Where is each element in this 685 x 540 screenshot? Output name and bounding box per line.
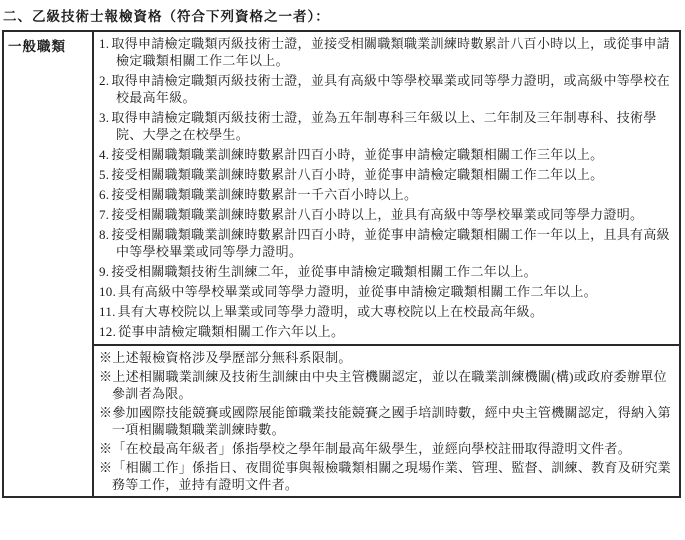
note-marker-icon: ※ — [99, 460, 112, 475]
section-title: 二、乙級技術士報檢資格（符合下列資格之一者）： — [2, 3, 682, 30]
qualification-text: 取得申請檢定職類丙級技術士證，並接受相關職類職業訓練時數累計八百小時以上，或從事… — [111, 36, 670, 68]
eligibility-table: 一般職類 1.取得申請檢定職類丙級技術士證，並接受相關職類職業訓練時數累計八百小… — [2, 30, 681, 498]
qualification-item: 1.取得申請檢定職類丙級技術士證，並接受相關職類職業訓練時數累計八百小時以上，或… — [99, 35, 675, 69]
qualification-item: 5.接受相關職類職業訓練時數累計八百小時，並從事申請檢定職類相關工作二年以上。 — [99, 166, 675, 183]
qualification-item: 6.接受相關職類職業訓練時數累計一千六百小時以上。 — [99, 186, 675, 203]
qualification-text: 接受相關職類職業訓練時數累計八百小時以上，並具有高級中等學校畢業或同等學力證明。 — [111, 207, 643, 222]
note-item: ※「在校最高年級者」係指學校之學年制最高年級學生，並經向學校註冊取得證明文件者。 — [99, 440, 675, 457]
note-item: ※上述報檢資格涉及學歷部分無科系限制。 — [99, 349, 675, 366]
qualification-text: 接受相關職類職業訓練時數累計四百小時，並從事申請檢定職類相關工作一年以上，且具有… — [111, 227, 670, 259]
qualification-number: 3. — [99, 110, 111, 125]
qualification-text: 接受相關職類技術生訓練二年，並從事申請檢定職類相關工作二年以上。 — [111, 264, 537, 279]
qualification-list: 1.取得申請檢定職類丙級技術士證，並接受相關職類職業訓練時數累計八百小時以上，或… — [94, 32, 679, 346]
note-text: 「相關工作」係指日、夜間從事與報檢職類相關之現場作業、管理、監督、訓練、教育及研… — [112, 460, 671, 492]
note-text: 「在校最高年級者」係指學校之學年制最高年級學生，並經向學校註冊取得證明文件者。 — [112, 441, 631, 456]
qualification-text: 接受相關職類職業訓練時數累計四百小時，並從事申請檢定職類相關工作三年以上。 — [111, 147, 603, 162]
qualification-text: 取得申請檢定職類丙級技術士證，並為五年制專科三年級以上、二年制及三年制專科、技術… — [111, 110, 656, 142]
qualification-item: 8.接受相關職類職業訓練時數累計四百小時，並從事申請檢定職類相關工作一年以上，且… — [99, 226, 675, 260]
qualification-item: 3.取得申請檢定職類丙級技術士證，並為五年制專科三年級以上、二年制及三年制專科、… — [99, 109, 675, 143]
qualification-text: 接受相關職類職業訓練時數累計八百小時，並從事申請檢定職類相關工作二年以上。 — [111, 167, 603, 182]
note-marker-icon: ※ — [99, 350, 112, 365]
qualification-number: 5. — [99, 167, 111, 182]
qualification-text: 接受相關職類職業訓練時數累計一千六百小時以上。 — [111, 187, 417, 202]
qualification-number: 2. — [99, 73, 111, 88]
qualification-item: 10.具有高級中等學校畢業或同等學力證明，並從事申請檢定職類相關工作二年以上。 — [99, 283, 675, 300]
qualification-item: 2.取得申請檢定職類丙級技術士證，並具有高級中等學校畢業或同等學力證明，或高級中… — [99, 72, 675, 106]
qualification-number: 8. — [99, 227, 111, 242]
qualification-text: 從事申請檢定職類相關工作六年以上。 — [118, 324, 344, 339]
note-marker-icon: ※ — [99, 441, 112, 456]
qualification-number: 6. — [99, 187, 111, 202]
qualification-number: 12. — [99, 324, 118, 339]
note-text: 上述相關職業訓練及技術生訓練由中央主管機關認定，並以在職業訓練機關(構)或政府委… — [112, 369, 667, 401]
qualification-number: 4. — [99, 147, 111, 162]
note-marker-icon: ※ — [99, 369, 112, 384]
qualification-item: 7.接受相關職類職業訓練時數累計八百小時以上，並具有高級中等學校畢業或同等學力證… — [99, 206, 675, 223]
note-text: 上述報檢資格涉及學歷部分無科系限制。 — [112, 350, 351, 365]
note-item: ※參加國際技能競賽或國際展能節職業技能競賽之國手培訓時數，經中央主管機關認定，得… — [99, 404, 675, 438]
note-item: ※上述相關職業訓練及技術生訓練由中央主管機關認定，並以在職業訓練機關(構)或政府… — [99, 368, 675, 402]
qualification-item: 11.具有大專校院以上畢業或同等學力證明，或大專校院以上在校最高年級。 — [99, 303, 675, 320]
qualification-item: 12.從事申請檢定職類相關工作六年以上。 — [99, 323, 675, 340]
qualification-text: 具有大專校院以上畢業或同等學力證明，或大專校院以上在校最高年級。 — [118, 304, 544, 319]
qualification-number: 1. — [99, 36, 111, 51]
qualification-text: 具有高級中等學校畢業或同等學力證明，並從事申請檢定職類相關工作二年以上。 — [118, 284, 597, 299]
qualification-number: 7. — [99, 207, 111, 222]
notes-list: ※上述報檢資格涉及學歷部分無科系限制。※上述相關職業訓練及技術生訓練由中央主管機… — [94, 346, 679, 496]
content-column: 1.取得申請檢定職類丙級技術士證，並接受相關職類職業訓練時數累計八百小時以上，或… — [94, 32, 679, 496]
qualification-text: 取得申請檢定職類丙級技術士證，並具有高級中等學校畢業或同等學力證明，或高級中等學… — [111, 73, 670, 105]
qualification-item: 4.接受相關職類職業訓練時數累計四百小時，並從事申請檢定職類相關工作三年以上。 — [99, 146, 675, 163]
qualification-number: 9. — [99, 264, 111, 279]
qualification-number: 10. — [99, 284, 118, 299]
document-page: 二、乙級技術士報檢資格（符合下列資格之一者）： 一般職類 1.取得申請檢定職類丙… — [0, 0, 685, 500]
note-item: ※「相關工作」係指日、夜間從事與報檢職類相關之現場作業、管理、監督、訓練、教育及… — [99, 459, 675, 493]
note-marker-icon: ※ — [99, 405, 112, 420]
qualification-number: 11. — [99, 304, 118, 319]
category-cell: 一般職類 — [4, 32, 94, 496]
qualification-item: 9.接受相關職類技術生訓練二年，並從事申請檢定職類相關工作二年以上。 — [99, 263, 675, 280]
note-text: 參加國際技能競賽或國際展能節職業技能競賽之國手培訓時數，經中央主管機關認定，得納… — [112, 405, 671, 437]
